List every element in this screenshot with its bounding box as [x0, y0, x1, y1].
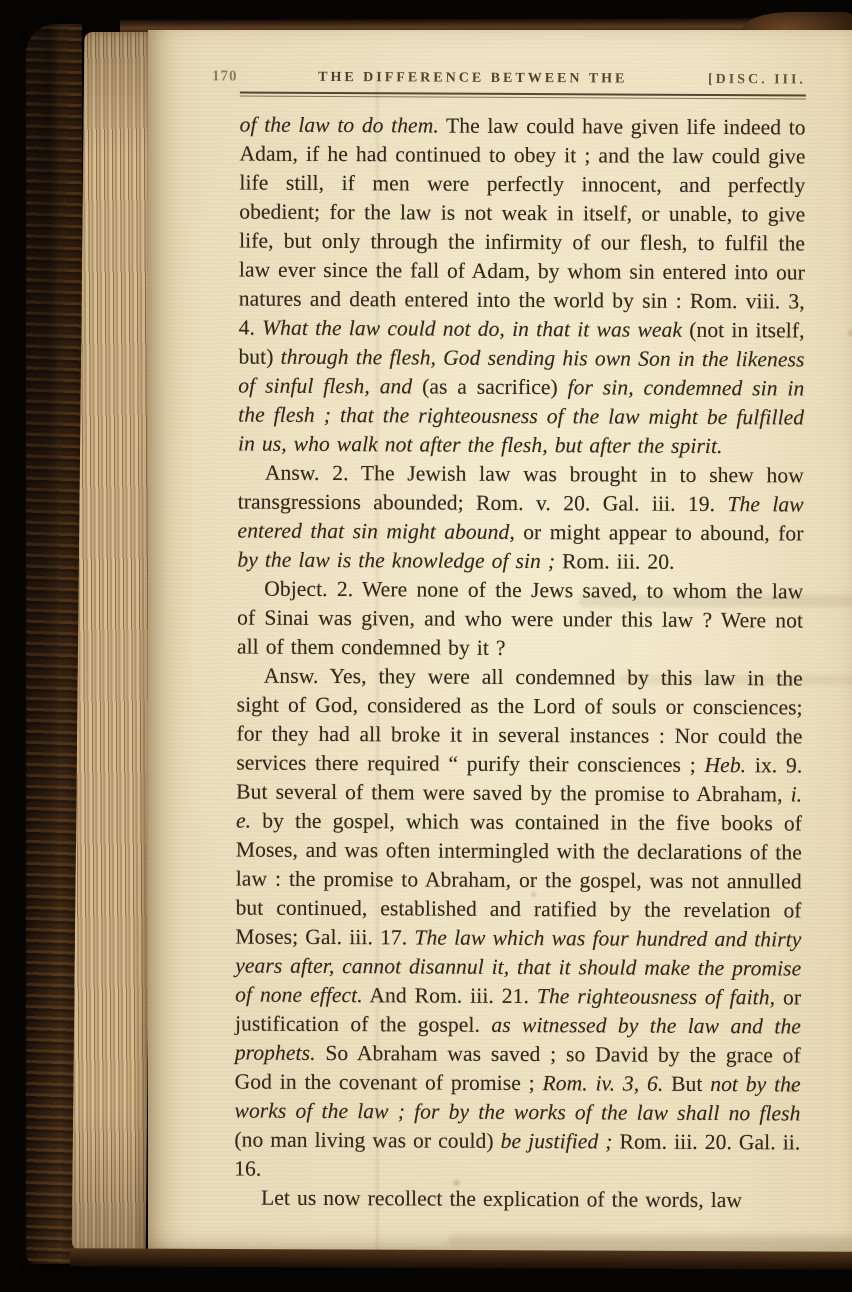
text-segment: Object. 2. Were none of the Jews saved, … [237, 577, 803, 660]
text-segment: And Rom. iii. 21. [363, 983, 537, 1008]
body-text: of the law to do them. The law could hav… [234, 111, 806, 1216]
text-segment: Let us now recollect the explication of … [261, 1186, 742, 1213]
running-title: THE DIFFERENCE BETWEEN THE [237, 70, 708, 88]
section-label: [DISC. III. [708, 72, 806, 89]
body-paragraph: Let us now recollect the explication of … [234, 1184, 800, 1216]
book-bottom-edge [70, 1248, 852, 1269]
text-segment: Heb. [705, 753, 747, 777]
page-edge-stack [72, 32, 159, 1254]
text-segment: or might appear to abound, for [515, 520, 804, 546]
header-rule [240, 92, 806, 100]
page-header: 170 THE DIFFERENCE BETWEEN THE [DISC. II… [240, 69, 806, 89]
show-through-artifact [448, 1235, 852, 1247]
printed-content: 170 THE DIFFERENCE BETWEEN THE [DISC. II… [234, 69, 806, 1216]
text-segment: Rom. iii. 20. [555, 549, 675, 574]
book-scan: 170 THE DIFFERENCE BETWEEN THE [DISC. II… [0, 0, 852, 1292]
body-paragraph: Answ. 2. The Jewish law was brought in t… [237, 459, 804, 578]
body-paragraph: Object. 2. Were none of the Jews saved, … [237, 575, 803, 665]
text-segment: The righteousness of faith, [537, 984, 775, 1009]
text-segment: Rom. iv. 3, 6. [542, 1071, 663, 1096]
text-segment: The law could have given life indeed to … [239, 114, 806, 340]
page-number: 170 [212, 68, 238, 85]
text-segment: (as a sacrifice) [422, 374, 568, 399]
text-segment: by the law is the knowledge of sin ; [237, 548, 555, 574]
body-paragraph: of the law to do them. The law could hav… [238, 111, 806, 462]
text-segment: Answ. 2. The Jewish law was brought in t… [238, 461, 804, 516]
text-segment: of the law to do them. [240, 113, 439, 138]
text-segment: But [663, 1072, 710, 1096]
text-segment: be justified ; [501, 1129, 613, 1154]
body-paragraph: Answ. Yes, they were all condemned by th… [234, 662, 803, 1187]
text-segment: What the law could not do, in that it wa… [262, 316, 689, 342]
foxing-spot [848, 330, 852, 336]
text-segment: (no man living was or could) [234, 1128, 500, 1153]
